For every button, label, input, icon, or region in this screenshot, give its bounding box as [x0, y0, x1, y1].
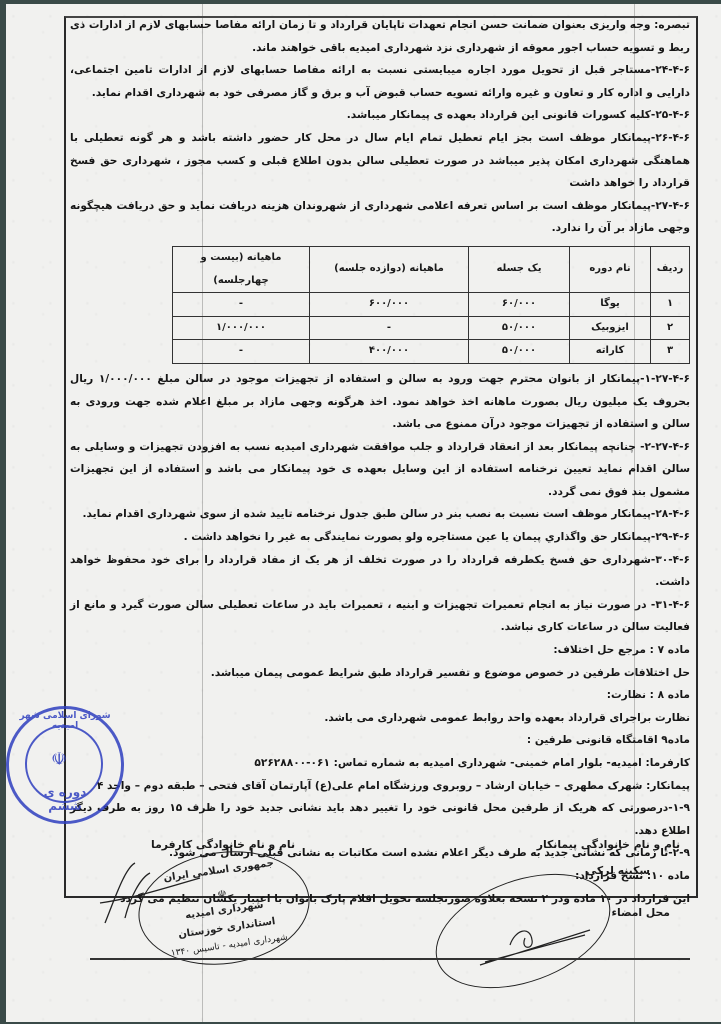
note-guarantee: تبصره: وجه واریزی بعنوان ضمانت حسن انجام… [70, 14, 690, 59]
header-monthly-24: ماهیانه (بیست و چهارجلسه) [173, 246, 310, 292]
contractor-address: پیمانکار: شهرک مطهری – خیابان ارشاد – رو… [70, 775, 690, 798]
employer-name-label: نام و نام خانوادگی کارفرما [151, 838, 295, 851]
cell: ۱ [651, 293, 690, 317]
clause-29: ۲۹-۴-۶-پیمانکار حق واگذاري پیمان یا عین … [70, 526, 690, 549]
article-9-title: ماده۹ اقامتگاه قانونی طرفین : [70, 729, 690, 752]
employer-address: کارفرما: امیدیه- بلوار امام خمینی- شهردا… [70, 752, 690, 775]
cell: ۱/۰۰۰/۰۰۰ [173, 316, 310, 340]
header-row-number: ردیف [651, 246, 690, 292]
clause-25: ۲۵-۴-۶-کلیه کسورات قانونی این قرارداد بع… [70, 104, 690, 127]
table-row: ۳ کاراته ۵۰/۰۰۰ ۴۰۰/۰۰۰ - [173, 340, 690, 364]
cell: ایزوبیک [570, 316, 651, 340]
council-stamp-term: دوره ی ششم [29, 785, 101, 813]
clause-30: ۳۰-۴-۶-شهرداری حق فسخ یکطرفه قرارداد را … [70, 549, 690, 594]
page-bottom-rule [90, 958, 690, 960]
cell: ۲ [651, 316, 690, 340]
cell: ۳ [651, 340, 690, 364]
cell: ۶۰/۰۰۰ [469, 293, 570, 317]
article-7-title: ماده ۷ : مرجع حل اختلاف: [70, 639, 690, 662]
contractor-name: سکینه لرکی [586, 864, 650, 877]
clause-31: ۳۱-۴-۶- در صورت نیاز به انجام تعمیرات تج… [70, 594, 690, 639]
clause-27: ۲۷-۴-۶-پیمانکار موظف است بر اساس تعرفه ا… [70, 195, 690, 240]
cell: کاراته [570, 340, 651, 364]
table-row: ۱ یوگا ۶۰/۰۰۰ ۶۰۰/۰۰۰ - [173, 293, 690, 317]
header-single-session: یک جسله [469, 246, 570, 292]
table-row: ۲ ایزوبیک ۵۰/۰۰۰ - ۱/۰۰۰/۰۰۰ [173, 316, 690, 340]
clause-27-2: ۲-۲۷-۴-۶- چنانچه پیمانکار بعد از انعقاد … [70, 436, 690, 504]
cell: ۴۰۰/۰۰۰ [310, 340, 469, 364]
cell: - [173, 340, 310, 364]
fee-table-header: ردیف نام دوره یک جسله ماهیانه (دوازده جل… [173, 246, 690, 292]
council-stamp: شورای اسلامی شهر امیدیه ☫ دوره ی ششم [6, 706, 124, 824]
clause-26: ۲۶-۴-۶-پیمانکار موظف است بجز ایام تعطیل … [70, 127, 690, 195]
header-monthly-12: ماهیانه (دوازده جلسه) [310, 246, 469, 292]
fee-table: ردیف نام دوره یک جسله ماهیانه (دوازده جل… [172, 246, 690, 364]
article-8-title: ماده ۸ : نظارت: [70, 684, 690, 707]
contract-body: تبصره: وجه واریزی بعنوان ضمانت حسن انجام… [70, 14, 690, 910]
cell: - [173, 293, 310, 317]
cell: - [310, 316, 469, 340]
cell: یوگا [570, 293, 651, 317]
cell: ۵۰/۰۰۰ [469, 316, 570, 340]
clause-27-1: ۱-۲۷-۴-۶-پیمانکار از بانوان محترم جهت ور… [70, 368, 690, 436]
signature-place-label: محل امضاء [612, 906, 670, 919]
article-8-body: نظارت براجرای قرارداد بعهده واحد روابط ع… [70, 707, 690, 730]
clause-28: ۲۸-۴-۶-پیمانکار موظف است نسبت به نصب بنر… [70, 503, 690, 526]
cell: ۶۰۰/۰۰۰ [310, 293, 469, 317]
header-course-name: نام دوره [570, 246, 651, 292]
clause-24: ۲۴-۴-۶-مستاجر قبل از تحویل مورد اجاره می… [70, 59, 690, 104]
emblem-icon: ☫ [51, 749, 67, 770]
employer-signature-icon [95, 858, 205, 928]
article-7-body: حل اختلافات طرفین در خصوص موضوع و تفسیر … [70, 662, 690, 685]
contractor-name-label: نام و نام خانوادگی پیمانکار [537, 838, 680, 851]
cell: ۵۰/۰۰۰ [469, 340, 570, 364]
